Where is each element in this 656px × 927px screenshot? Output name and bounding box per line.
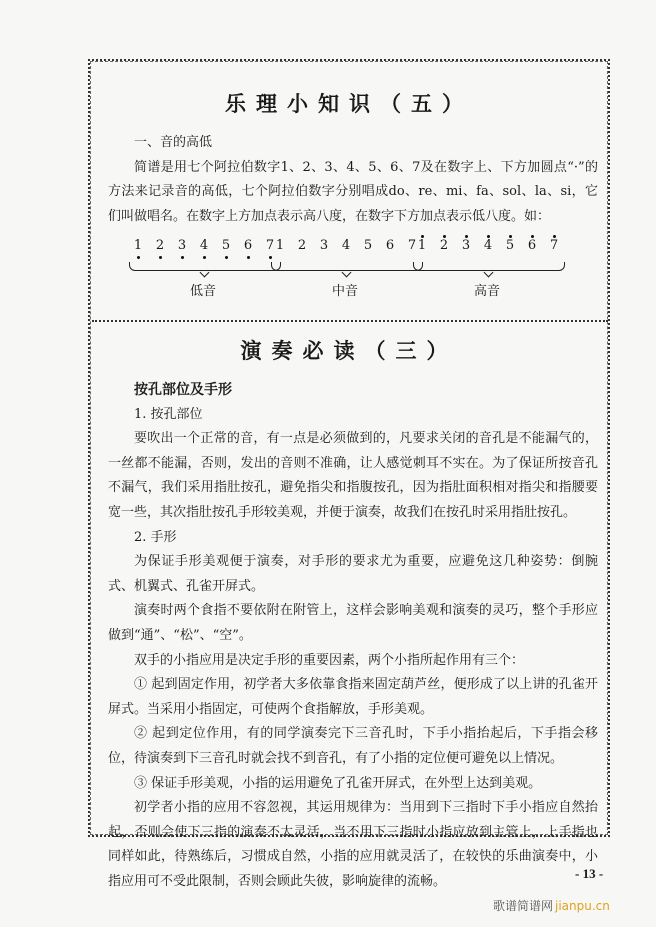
label-high: 高音 [457, 280, 517, 299]
item2-paragraph: 为保证手形美观便于演奏，对手形的要求尤为重要，应避免这几种姿势：倒腕式、机翼式、… [108, 550, 598, 599]
note: 1 [411, 238, 433, 256]
note: 3 [455, 238, 477, 256]
section-separator [92, 320, 608, 322]
section2-subtitle: 按孔部位及手形 [108, 378, 598, 403]
section1-heading: 一、音的高低 [108, 131, 598, 156]
page-number: - 13 - [575, 866, 603, 882]
note: 4 [193, 238, 215, 256]
note: 6 [379, 238, 401, 256]
note: 3 [313, 238, 335, 256]
note: 5 [357, 238, 379, 256]
watermark: 歌谱简谱网jianpu.cn [493, 897, 610, 914]
item2-paragraph: ② 起到定位作用，有的同学演奏完下三音孔时，下手小指抬起后，下手指会移位，待演奏… [108, 722, 598, 771]
section2-body: 按孔部位及手形 1. 按孔部位 要吹出一个正常的音，有一点是必须做到的，凡要求关… [108, 378, 598, 894]
watermark-cn: 歌谱简谱网 [493, 899, 553, 913]
item2-paragraph: 演奏时两个食指不要依附在附管上，这样会影响美观和演奏的灵巧，整个手形应做到“通”… [108, 599, 598, 648]
note: 4 [477, 238, 499, 256]
label-low: 低音 [173, 280, 233, 299]
jianpu-notation-example: 1 2 3 4 5 6 7 1 2 3 4 5 6 7 1 2 3 4 5 6 … [127, 238, 597, 298]
item2-heading: 2. 手形 [108, 526, 598, 551]
note: 1 [269, 238, 291, 256]
item1-paragraph: 要吹出一个正常的音，有一点是必须做到的，凡要求关闭的音孔是不能漏气的，一丝都不能… [108, 427, 598, 525]
notes-group-high: 1 2 3 4 5 6 7 [411, 238, 565, 256]
item2-paragraph: ① 起到固定作用，初学者大多依靠食指来固定葫芦丝，便形成了以上讲的孔雀开屏式。当… [108, 673, 598, 722]
note: 7 [543, 238, 565, 256]
notes-group-middle: 1 2 3 4 5 6 7 [269, 238, 423, 256]
item1-heading: 1. 按孔部位 [108, 403, 598, 428]
section2-title: 演奏必读（三） [88, 335, 610, 365]
note: 4 [335, 238, 357, 256]
note: 5 [499, 238, 521, 256]
section1-body: 一、音的高低 简谱是用七个阿拉伯数字1、2、3、4、5、6、7及在数字上、下方加… [108, 131, 598, 229]
section1-paragraph: 简谱是用七个阿拉伯数字1、2、3、4、5、6、7及在数字上、下方加圆点“·”的方… [108, 156, 598, 230]
note: 1 [127, 238, 149, 256]
note: 6 [521, 238, 543, 256]
note: 2 [149, 238, 171, 256]
notes-group-low: 1 2 3 4 5 6 7 [127, 238, 281, 256]
item2-paragraph: ③ 保证手形美观，小指的运用避免了孔雀开屏式，在外型上达到美观。 [108, 772, 598, 797]
note: 2 [291, 238, 313, 256]
note: 6 [237, 238, 259, 256]
label-middle: 中音 [315, 280, 375, 299]
note: 5 [215, 238, 237, 256]
section1-title: 乐理小知识（五） [88, 88, 610, 118]
item2-paragraph: 初学者小指的应用不容忽视，其运用规律为：当用到下三指时下手小指应自然抬起，否则会… [108, 796, 598, 894]
note: 2 [433, 238, 455, 256]
watermark-site-link[interactable]: jianpu.cn [555, 899, 610, 913]
note: 3 [171, 238, 193, 256]
item2-paragraph: 双手的小指应用是决定手形的重要因素，两个小指所起作用有三个： [108, 649, 598, 674]
